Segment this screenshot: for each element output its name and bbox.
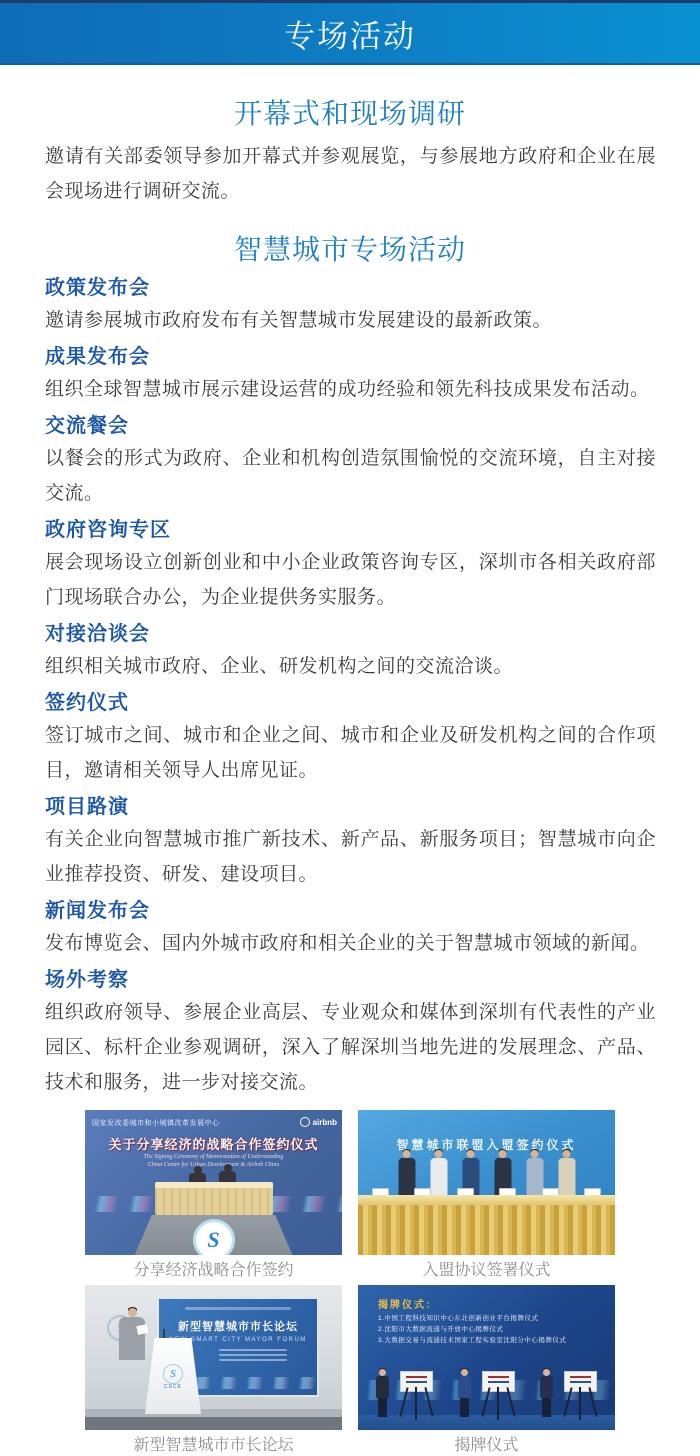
person-head: [128, 1308, 137, 1317]
photo1-brand: airbnb: [300, 1117, 337, 1127]
person-torso: [458, 1376, 471, 1398]
event-heading: 成果发布会: [45, 344, 656, 370]
event-item-site-visit: 场外考察 组织政府领导、参展企业高层、专业观众和媒体到深圳有代表性的产业园区、标…: [0, 967, 700, 1100]
photo1-organizer-text: 国家发改委城市和小城镇改革发展中心: [92, 1118, 252, 1128]
person-legs: [542, 1398, 551, 1417]
photo4-list-item: 2.沈阳市大数据流通与开放中心揭牌仪式: [378, 1324, 566, 1335]
header-bar: 专场活动: [0, 0, 700, 65]
photo3-banner-title: 新型智慧城市市长论坛: [159, 1318, 317, 1334]
unveiling-unit: [540, 1359, 604, 1417]
event-body: 以餐会的形式为政府、企业和机构创造氛围愉悦的交流环境，自主对接交流。: [45, 441, 656, 511]
event-item-policy: 政策发布会 邀请参展城市政府发布有关智慧城市发展建设的最新政策。: [0, 275, 700, 338]
event-body: 有关企业向智慧城市推广新技术、新产品、新服务项目；智慧城市向企业推荐投资、研发、…: [45, 822, 656, 892]
photo3-podium: S CSCE: [145, 1338, 201, 1414]
event-heading: 场外考察: [45, 967, 656, 993]
photo-sharing-economy-signing[interactable]: 国家发改委城市和小城镇改革发展中心 airbnb 关于分享经济的战略合作签约仪式…: [85, 1110, 342, 1255]
photo2-caption: 入盟协议签署仪式: [358, 1261, 615, 1281]
event-item-press: 新闻发布会 发布博览会、国内外城市政府和相关企业的关于智慧城市领域的新闻。: [0, 898, 700, 961]
person-legs: [460, 1398, 469, 1417]
person-head: [543, 1369, 550, 1376]
airbnb-logo-icon: [300, 1117, 310, 1127]
smartcity-section-title: 智慧城市专场活动: [0, 231, 700, 269]
photo1-english-script: The Signing Ceremony of Memorandum of Un…: [85, 1153, 342, 1169]
event-body: 签订城市之间、城市和企业之间、城市和企业及研发机构之间的合作项目，邀请相关领导人…: [45, 718, 656, 788]
person-head: [499, 1150, 507, 1158]
csce-podium-logo-icon: S: [163, 1364, 183, 1384]
photo1-person-right: [219, 1164, 236, 1183]
event-heading: 政府咨询专区: [45, 517, 656, 543]
event-heading: 交流餐会: [45, 413, 656, 439]
photo1-caption: 分享经济战略合作签约: [85, 1261, 342, 1281]
event-body: 组织政府领导、参展企业高层、专业观众和媒体到深圳有代表性的产业园区、标杆企业参观…: [45, 995, 656, 1100]
event-item-signing: 签约仪式 签订城市之间、城市和企业之间、城市和企业及研发机构之间的合作项目，邀请…: [0, 690, 700, 788]
photo4-list-title: 揭牌仪式：: [378, 1296, 438, 1311]
person: [376, 1369, 389, 1417]
person-legs: [378, 1398, 387, 1417]
person: [540, 1369, 553, 1417]
photo4-list: 1.中国工程科技知识中心东北创新创业平台揭牌仪式 2.沈阳市大数据流通与开放中心…: [378, 1313, 566, 1346]
person-head: [435, 1150, 443, 1158]
person-head: [467, 1150, 475, 1158]
covered-plaque: [482, 1371, 515, 1392]
unveiling-unit: [376, 1359, 440, 1417]
gallery-cell-3: S 新型智慧城市市长论坛 NEW SMART CITY MAYOR FORUM: [85, 1285, 342, 1456]
photo4-list-item: 3.大数据交易与流通技术国家工程实验室沈阳分中心揭牌仪式: [378, 1335, 566, 1346]
gallery-cell-2: 智慧城市联盟入盟签约仪式 入盟协议签署仪式: [358, 1110, 615, 1281]
event-item-gov-consult: 政府咨询专区 展会现场设立创新创业和中小企业政策咨询专区，深圳市各相关政府部门现…: [0, 517, 700, 615]
person-head: [403, 1150, 411, 1158]
unveiling-unit: [458, 1359, 522, 1417]
easel-leg: [579, 1387, 581, 1420]
event-body: 发布博览会、国内外城市政府和相关企业的关于智慧城市领域的新闻。: [45, 926, 656, 961]
person-torso: [540, 1376, 553, 1398]
easel-leg: [415, 1387, 417, 1420]
table-top: [358, 1195, 615, 1205]
photo4-caption: 揭牌仪式: [358, 1436, 615, 1456]
event-body: 邀请参展城市政府发布有关智慧城市发展建设的最新政策。: [45, 303, 656, 338]
photo-plaque-unveiling[interactable]: 揭牌仪式： 1.中国工程科技知识中心东北创新创业平台揭牌仪式 2.沈阳市大数据流…: [358, 1285, 615, 1430]
photo-mayor-forum[interactable]: S 新型智慧城市市长论坛 NEW SMART CITY MAYOR FORUM: [85, 1285, 342, 1430]
person: [458, 1369, 471, 1417]
event-heading: 新闻发布会: [45, 898, 656, 924]
opening-paragraph: 邀请有关部委领导参加开幕式并参观展览，与参展地方政府和企业在展会现场进行调研交流…: [45, 139, 656, 209]
photo1-stage: S: [135, 1215, 293, 1255]
podium-csce-label: CSCE: [145, 1384, 201, 1390]
photo2-table: [358, 1195, 615, 1255]
event-heading: 政策发布会: [45, 275, 656, 301]
csce-logo-icon: S: [193, 1219, 235, 1255]
person-torso: [376, 1376, 389, 1398]
photo1-banner-title: 关于分享经济的战略合作签约仪式: [85, 1134, 342, 1153]
photo1-signing-table: [155, 1182, 273, 1215]
covered-plaque: [400, 1371, 433, 1392]
event-body: 组织相关城市政府、企业、研发机构之间的交流洽谈。: [45, 649, 656, 684]
photo-gallery: 国家发改委城市和小城镇改革发展中心 airbnb 关于分享经济的战略合作签约仪式…: [85, 1110, 615, 1456]
opening-section-title: 开幕式和现场调研: [0, 95, 700, 133]
event-heading: 签约仪式: [45, 690, 656, 716]
event-item-roadshow: 项目路演 有关企业向智慧城市推广新技术、新产品、新服务项目；智慧城市向企业推荐投…: [0, 794, 700, 892]
event-body: 展会现场设立创新创业和中小企业政策咨询专区，深圳市各相关政府部门现场联合办公，为…: [45, 545, 656, 615]
event-item-achievement: 成果发布会 组织全球智慧城市展示建设运营的成功经验和领先科技成果发布活动。: [0, 344, 700, 407]
event-item-matchmaking: 对接洽谈会 组织相关城市政府、企业、研发机构之间的交流洽谈。: [0, 621, 700, 684]
easel: [396, 1367, 436, 1417]
page-title: 专场活动: [284, 11, 416, 56]
photo3-stage-front: [85, 1409, 342, 1417]
person-head: [461, 1369, 468, 1376]
photo4-floor: [358, 1415, 615, 1430]
person-head: [563, 1150, 571, 1158]
tablecloth-pleats: [155, 1188, 273, 1215]
panel-topline-decor: [185, 1307, 291, 1310]
person-head: [379, 1369, 386, 1376]
article-page: 专场活动 开幕式和现场调研 邀请有关部委领导参加开幕式并参观展览，与参展地方政府…: [0, 0, 700, 1456]
gallery-cell-4: 揭牌仪式： 1.中国工程科技知识中心东北创新创业平台揭牌仪式 2.沈阳市大数据流…: [358, 1285, 615, 1456]
covered-plaque: [564, 1371, 597, 1392]
photo1-brand-label: airbnb: [313, 1118, 337, 1127]
person-head: [531, 1150, 539, 1158]
event-heading: 项目路演: [45, 794, 656, 820]
photo4-list-item: 1.中国工程科技知识中心东北创新创业平台揭牌仪式: [378, 1313, 566, 1324]
event-body: 组织全球智慧城市展示建设运营的成功经验和领先科技成果发布活动。: [45, 372, 656, 407]
photo3-floor: [85, 1417, 342, 1430]
event-heading: 对接洽谈会: [45, 621, 656, 647]
tablecloth-skirt: [358, 1205, 615, 1255]
gallery-cell-1: 国家发改委城市和小城镇改革发展中心 airbnb 关于分享经济的战略合作签约仪式…: [85, 1110, 342, 1281]
easel: [478, 1367, 518, 1417]
photo3-caption: 新型智慧城市市长论坛: [85, 1436, 342, 1456]
event-item-banquet: 交流餐会 以餐会的形式为政府、企业和机构创造氛围愉悦的交流环境，自主对接交流。: [0, 413, 700, 511]
easel-leg: [497, 1387, 499, 1420]
photo-alliance-signing[interactable]: 智慧城市联盟入盟签约仪式: [358, 1110, 615, 1255]
person-torso: [119, 1317, 145, 1360]
panel-smalltext-decor: [219, 1349, 287, 1361]
easel: [560, 1367, 600, 1417]
